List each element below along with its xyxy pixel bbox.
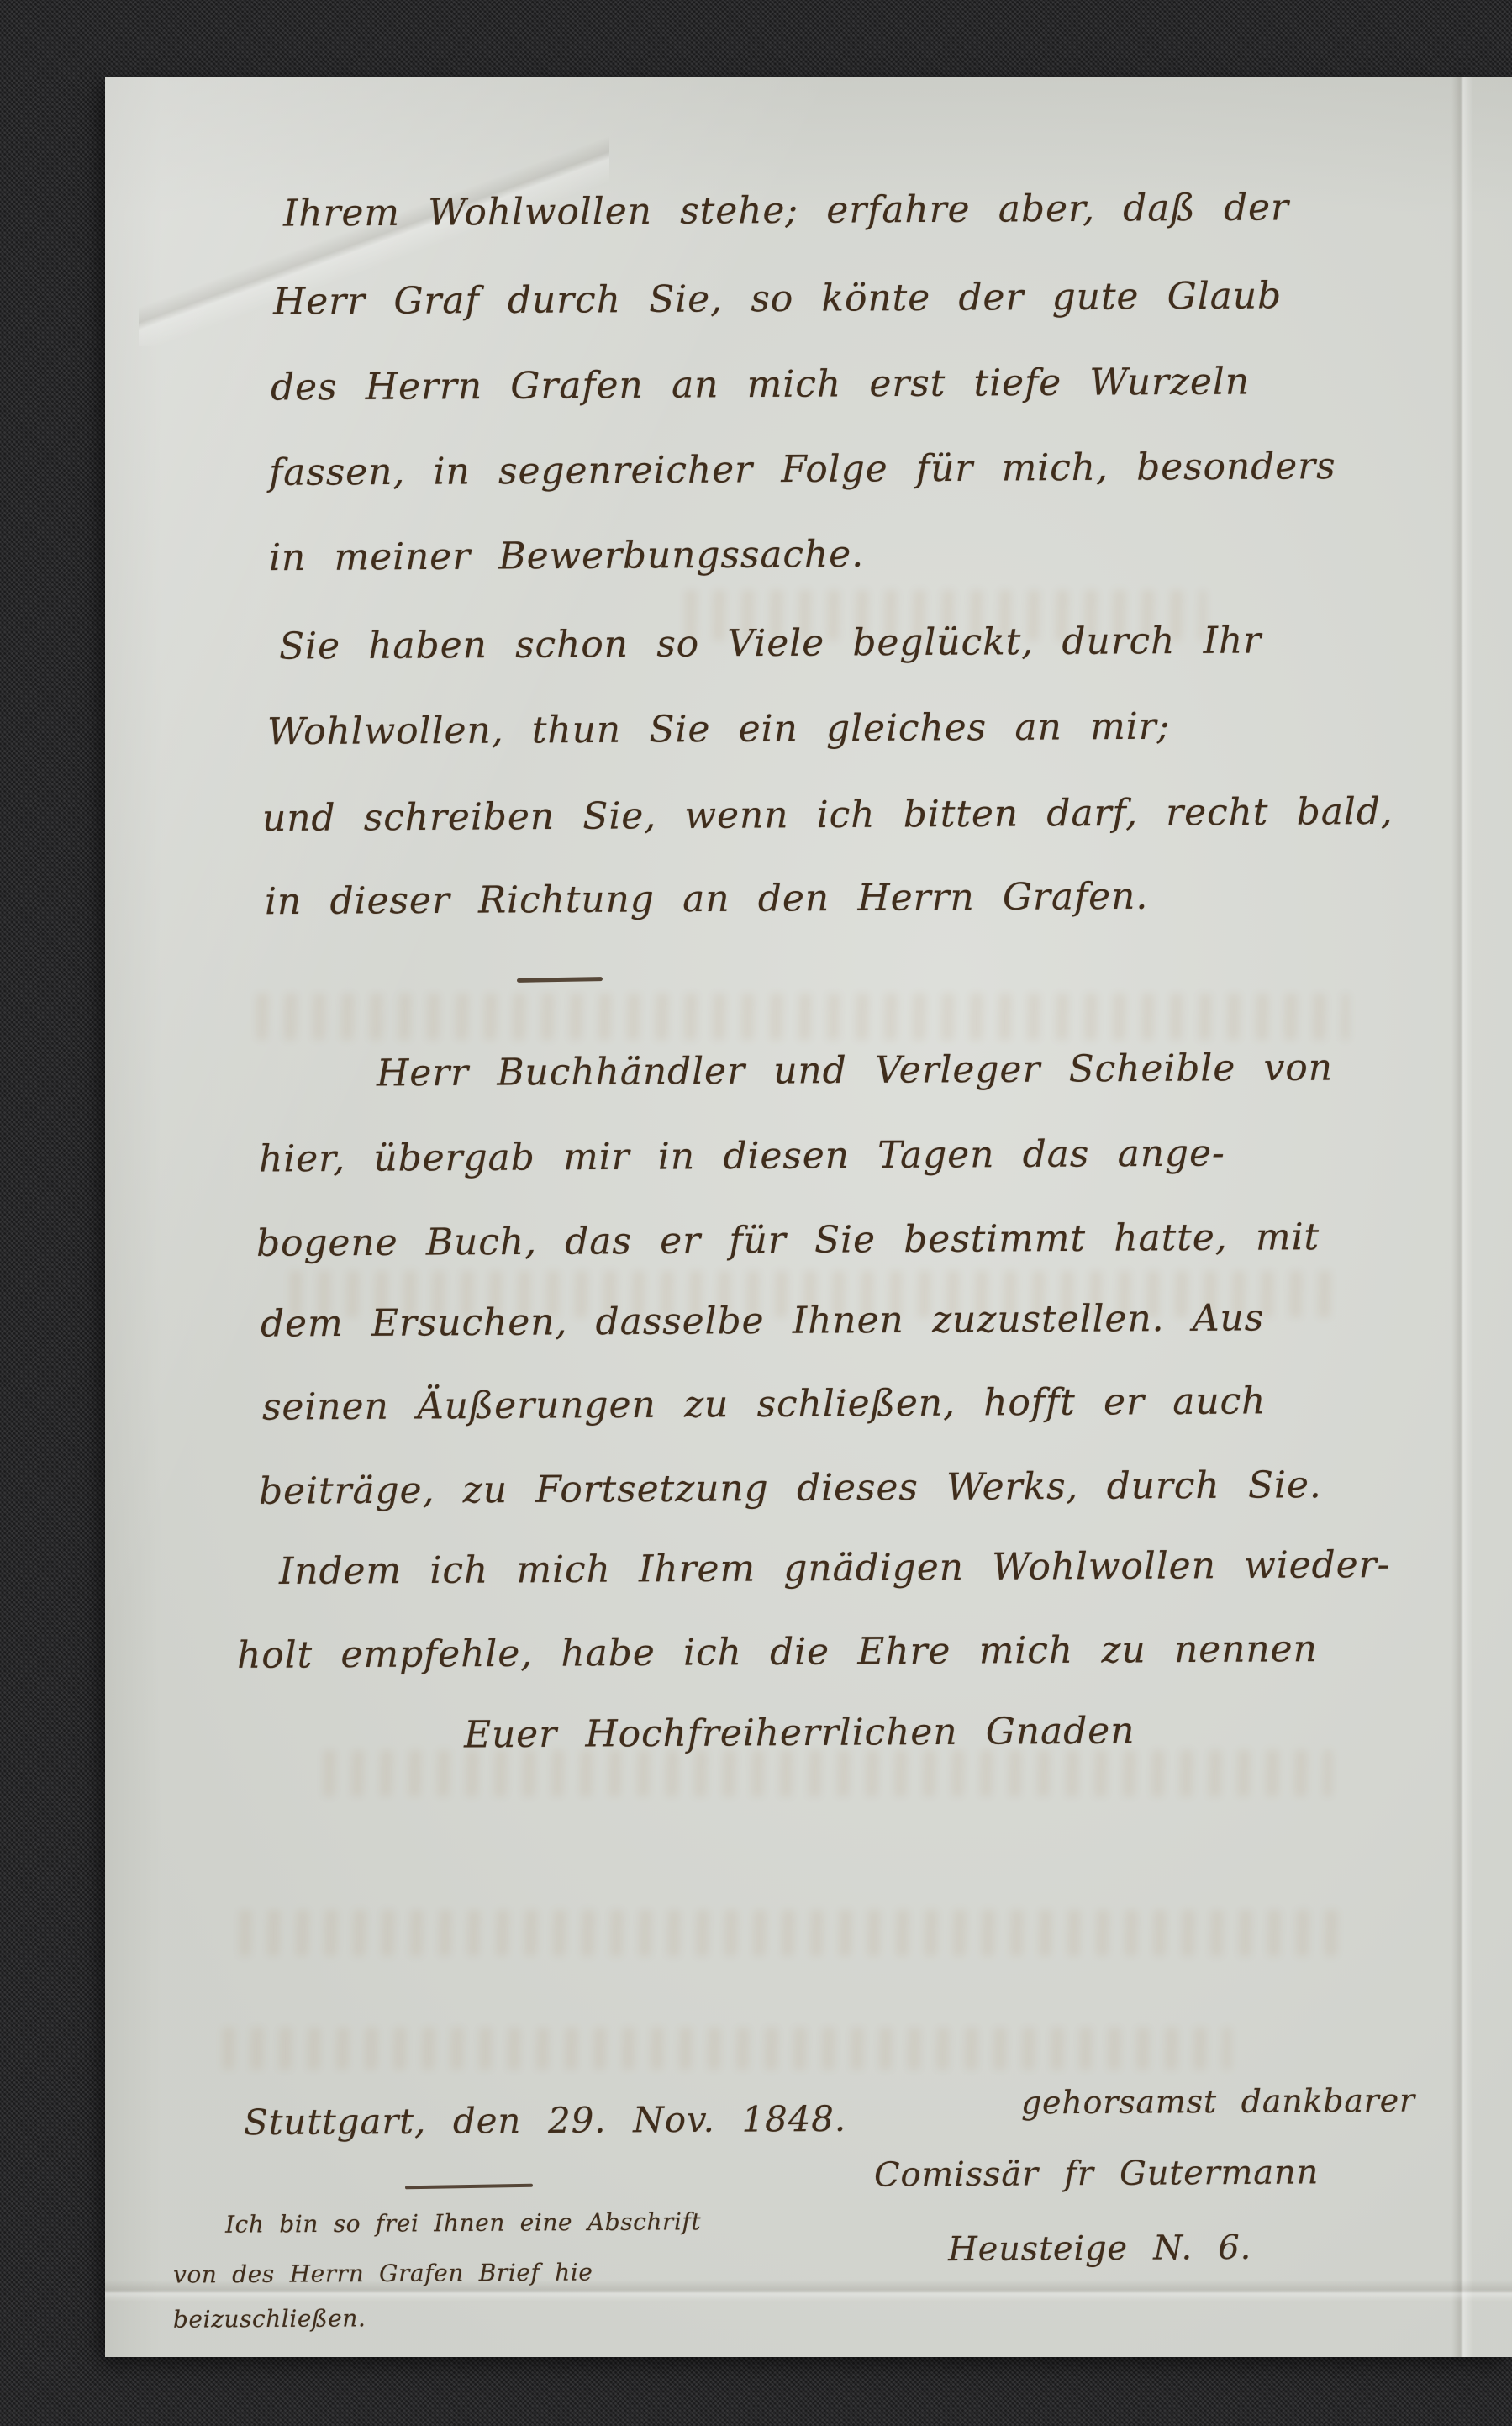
closing-formula: Euer Hochfreiherrlichen Gnaden <box>464 1710 1135 1757</box>
letter-line: bogene Buch, das er für Sie bestimmt hat… <box>256 1216 1320 1265</box>
letter-line: holt empfehle, habe ich die Ehre mich zu… <box>237 1627 1318 1677</box>
letter-line: seinen Äußerungen zu schließen, hofft er… <box>262 1379 1267 1428</box>
letter-line: und schreiben Sie, wenn ich bitten darf,… <box>262 790 1393 840</box>
letter-line: fassen, in segenreicher Folge für mich, … <box>269 445 1336 494</box>
ink-bleedthrough <box>223 2028 1231 2070</box>
letter-line: Herr Graf durch Sie, so könte der gute G… <box>273 274 1282 323</box>
paper-fold-right <box>1451 77 1473 2357</box>
ink-bleedthrough <box>256 994 1349 1040</box>
scan-background: { "letter": { "paragraph1": [ "Ihrem Woh… <box>0 0 1512 2426</box>
letter-line: Ihrem Wohlwollen stehe; erfahre aber, da… <box>283 186 1289 235</box>
ink-bleedthrough <box>240 1910 1349 1956</box>
signature-line: Heusteige N. 6. <box>948 2228 1251 2269</box>
letter-line: in meiner Bewerbungssache. <box>269 533 864 579</box>
postscript-line: Ich bin so frei Ihnen eine Abschrift <box>225 2207 701 2238</box>
postscript-line: von des Herrn Grafen Brief hie <box>173 2258 593 2288</box>
signature-line: gehorsamst dankbarer <box>1021 2082 1415 2122</box>
letter-line: Herr Buchhändler und Verleger Scheible v… <box>377 1047 1333 1095</box>
date-line: Stuttgart, den 29. Nov. 1848. <box>244 2098 846 2143</box>
postscript-line: beizuschließen. <box>173 2304 366 2333</box>
letter-line: Wohlwollen, thun Sie ein gleiches an mir… <box>267 705 1171 754</box>
letter-line: dem Ersuchen, dasselbe Ihnen zuzustellen… <box>261 1296 1264 1345</box>
letter-line: hier, übergab mir in diesen Tagen das an… <box>259 1131 1225 1180</box>
signature-line: Comissär fr Gutermann <box>874 2153 1319 2194</box>
letter-line: Indem ich mich Ihrem gnädigen Wohlwollen… <box>279 1543 1391 1593</box>
ink-bleedthrough <box>324 1750 1332 1796</box>
letter-line: Sie haben schon so Viele beglückt, durch… <box>279 619 1262 667</box>
letter-line: in dieser Richtung an den Herrn Grafen. <box>265 875 1148 923</box>
letter-line: beiträge, zu Fortsetzung dieses Werks, d… <box>259 1464 1322 1513</box>
letter-line: des Herrn Grafen an mich erst tiefe Wurz… <box>271 360 1250 409</box>
